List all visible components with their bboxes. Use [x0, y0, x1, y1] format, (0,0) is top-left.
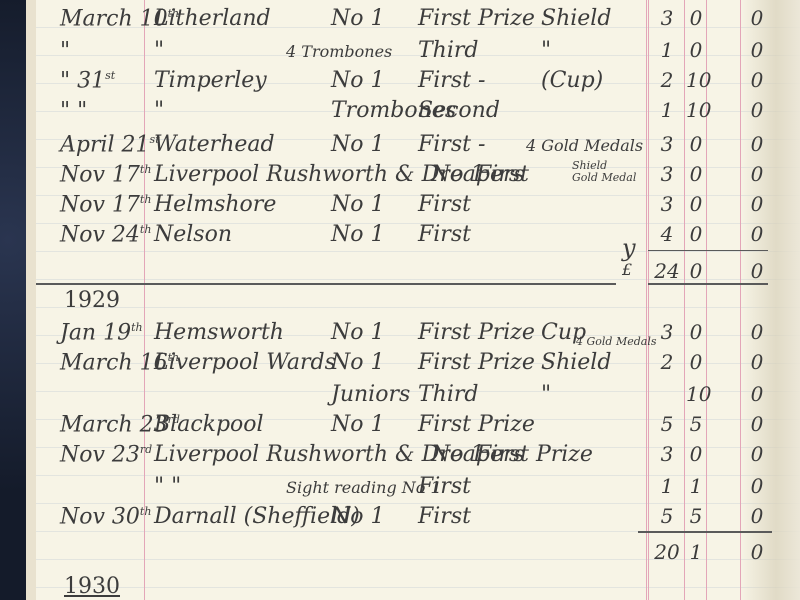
date-text: March 23 — [60, 412, 168, 437]
amount-shillings: 0 — [686, 352, 706, 372]
date-text: " — [60, 38, 70, 63]
subtotal-rule-1929 — [638, 531, 772, 533]
award: Shield — [541, 352, 611, 374]
pence-column-rule-right — [740, 0, 741, 600]
award-line: Gold Medal — [572, 172, 636, 184]
amount-shillings: 5 — [686, 506, 706, 526]
band-number: No 1 — [331, 134, 385, 156]
band-name: Helmshore — [154, 194, 276, 216]
date-ordinal: th — [140, 223, 152, 236]
band-number: No 1 — [331, 70, 385, 92]
band-number: No 1 — [331, 8, 385, 30]
amount-shillings: 10 — [686, 70, 706, 90]
date-ordinal: th — [140, 505, 152, 518]
date-text: Nov 17 — [60, 192, 140, 217]
pounds-column-rule — [646, 0, 647, 600]
amount-pounds: 3 — [650, 8, 684, 28]
band-name: Litherland — [154, 8, 271, 30]
result: First Prize — [418, 352, 535, 374]
result: First Prize — [476, 444, 593, 466]
amount-shillings: 10 — [686, 384, 706, 404]
amount-pence: 0 — [742, 100, 772, 120]
amount-pence: 0 — [742, 40, 772, 60]
award-line: Shield — [572, 160, 636, 172]
amount-pence: 0 — [742, 164, 772, 184]
amount-pence: 0 — [742, 322, 772, 342]
award: (Cup) — [541, 70, 603, 92]
band-name: " — [154, 40, 164, 62]
amount-shillings: 0 — [686, 134, 706, 154]
total-pence-1927: 0 — [742, 261, 772, 281]
amount-pounds: 5 — [650, 506, 684, 526]
amount-shillings: 10 — [686, 100, 706, 120]
date-ordinal: th — [140, 193, 152, 206]
amount-pence: 0 — [742, 384, 772, 404]
result: First Prize — [418, 8, 535, 30]
entry-date: " 31st — [60, 70, 115, 92]
year-heading-1930: 1930 — [64, 576, 120, 598]
amount-pounds: 3 — [650, 134, 684, 154]
tally-mark: y — [622, 236, 636, 260]
band-name: Liverpool Wards — [154, 352, 336, 374]
award: " — [541, 384, 551, 406]
date-text: Nov 30 — [60, 504, 140, 529]
entry-date: Nov 24th — [60, 224, 151, 246]
amount-pounds: 4 — [650, 224, 684, 244]
award: Shield — [541, 8, 611, 30]
amount-pence: 0 — [742, 194, 772, 214]
award-note: 4 Gold Medals — [576, 336, 657, 348]
result: Third — [418, 40, 478, 62]
date-text: " 31 — [60, 68, 105, 93]
date-text: " " — [60, 98, 87, 123]
year-heading-1929: 1929 — [64, 290, 120, 312]
book-binding — [0, 0, 26, 600]
band-number: No 1 — [331, 194, 385, 216]
amount-shillings: 0 — [686, 322, 706, 342]
amount-pounds: 1 — [650, 476, 684, 496]
band-name: " " — [154, 476, 181, 498]
total-rule-1927 — [648, 283, 768, 285]
band-name: Waterhead — [154, 134, 275, 156]
entry-date: April 21st — [60, 134, 160, 156]
result: First Prize — [418, 322, 535, 344]
amount-pounds: 5 — [650, 414, 684, 434]
shillings-column-rule — [684, 0, 685, 600]
amount-pence: 0 — [742, 352, 772, 372]
amount-pence: 0 — [742, 70, 772, 90]
result: First — [418, 506, 471, 528]
award-stack: ShieldGold Medal — [572, 160, 636, 183]
band-name: Hemsworth — [154, 322, 284, 344]
amount-shillings: 0 — [686, 8, 706, 28]
result: First — [418, 224, 471, 246]
entry-date: Nov 17th — [60, 164, 151, 186]
date-text: March 10 — [60, 6, 168, 31]
entry-date: Nov 17th — [60, 194, 151, 216]
result: First — [476, 164, 529, 186]
amount-pounds: 2 — [650, 70, 684, 90]
amount-pounds: 2 — [650, 352, 684, 372]
date-ordinal: th — [140, 163, 152, 176]
entry-date: " " — [60, 100, 87, 122]
amount-pounds: 3 — [650, 164, 684, 184]
entry-date: Jan 19th — [60, 322, 143, 344]
result: First - — [418, 70, 485, 92]
entry-date: Nov 30th — [60, 506, 151, 528]
band-name: Nelson — [154, 224, 232, 246]
band-name: " — [154, 100, 164, 122]
entry-date: Nov 23rd — [60, 444, 152, 466]
date-ordinal: st — [105, 69, 115, 82]
result: First - — [418, 134, 485, 156]
amount-pounds: 1 — [650, 40, 684, 60]
pound-sign: £ — [622, 262, 632, 278]
date-text: March 16 — [60, 350, 168, 375]
amount-pence: 0 — [742, 476, 772, 496]
award: " — [541, 40, 551, 62]
band-number: No 1 — [331, 224, 385, 246]
amount-shillings: 5 — [686, 414, 706, 434]
band-name: Timperley — [154, 70, 267, 92]
date-ordinal: rd — [140, 443, 152, 456]
result: First — [418, 194, 471, 216]
amount-shillings: 0 — [686, 40, 706, 60]
entry-date: " — [60, 40, 70, 62]
band-name: Blackpool — [154, 414, 264, 436]
amount-pence: 0 — [742, 224, 772, 244]
total-pence-1929: 0 — [742, 542, 772, 562]
amount-pounds: 1 — [650, 100, 684, 120]
result: Third — [418, 384, 478, 406]
result: First — [418, 476, 471, 498]
band-number: Juniors — [331, 384, 410, 406]
date-text: Jan 19 — [60, 320, 131, 345]
ledger-page: March 10thLitherlandNo 1First PrizeShiel… — [36, 0, 800, 600]
amount-pence: 0 — [742, 134, 772, 154]
award: 4 Gold Medals — [526, 138, 643, 154]
amount-pounds: 3 — [650, 194, 684, 214]
subtotal-rule-1927 — [648, 250, 768, 251]
result: Second — [418, 100, 500, 122]
amount-pounds: 3 — [650, 322, 684, 342]
amount-shillings: 0 — [686, 224, 706, 244]
total-shillings-1927: 0 — [686, 261, 706, 281]
date-ordinal: th — [131, 321, 143, 334]
amount-shillings: 0 — [686, 194, 706, 214]
band-name: Darnall (Sheffield) — [154, 506, 360, 528]
amount-pence: 0 — [742, 414, 772, 434]
amount-pence: 0 — [742, 506, 772, 526]
band-number: No 1 — [331, 322, 385, 344]
date-text: April 21 — [60, 132, 150, 157]
total-shillings-1929: 1 — [686, 542, 706, 562]
date-text: Nov 23 — [60, 442, 140, 467]
amount-shillings: 0 — [686, 164, 706, 184]
result: First Prize — [418, 414, 535, 436]
amount-pence: 0 — [742, 444, 772, 464]
amount-pounds: 3 — [650, 444, 684, 464]
total-pounds-1927: 24 — [650, 261, 684, 281]
date-text: Nov 17 — [60, 162, 140, 187]
amount-shillings: 0 — [686, 444, 706, 464]
band-number: 4 Trombones — [286, 44, 392, 60]
band-number: No 1 — [331, 414, 385, 436]
date-text: Nov 24 — [60, 222, 140, 247]
band-number: No 1 — [331, 352, 385, 374]
amount-pence: 0 — [742, 8, 772, 28]
section-divider — [36, 283, 616, 285]
amount-shillings: 1 — [686, 476, 706, 496]
pounds-column-rule-double — [648, 0, 649, 600]
total-pounds-1929: 20 — [650, 542, 684, 562]
band-number: No 1 — [331, 506, 385, 528]
